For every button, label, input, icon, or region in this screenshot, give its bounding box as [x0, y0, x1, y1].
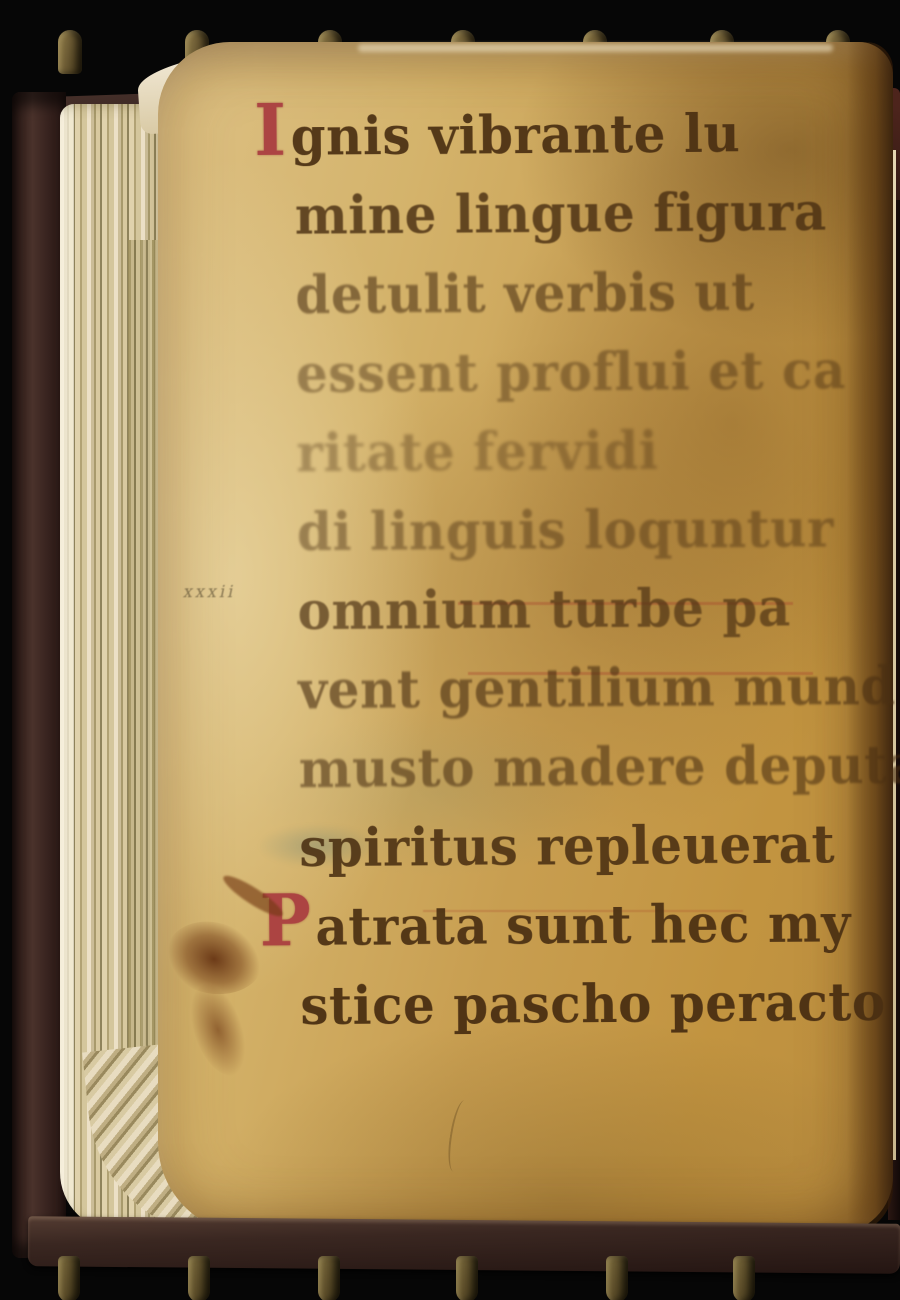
line-text: ritate fervidi [296, 420, 658, 484]
metal-peg-icon [188, 1256, 210, 1300]
line-text: vent gentilium mund [298, 655, 896, 721]
page-top-edge-highlight [358, 44, 833, 52]
manuscript-line: musto madere deputant quos [258, 726, 839, 809]
manuscript-line: di linguis loquntur [257, 489, 838, 572]
line-text: di linguis loquntur [297, 497, 834, 562]
manuscript-line: detulit verbis ut [255, 252, 836, 335]
line-text: mine lingue figura [295, 181, 827, 246]
metal-peg-icon [58, 1256, 80, 1300]
manuscript-line: mine lingue figura [255, 173, 836, 256]
line-text: omnium turbe pa [297, 577, 791, 642]
line-text: spiritus repleuerat [299, 814, 835, 879]
line-text: musto madere deputant quos [298, 733, 900, 800]
parchment-page: xxxii Ignis vibrante lumine lingue figur… [158, 42, 893, 1234]
leather-cover-left-edge [12, 92, 66, 1258]
marginal-folio-note: xxxii [182, 582, 238, 601]
rubricated-initial: I [254, 100, 287, 163]
manuscript-line: stice pascho peracto [260, 963, 841, 1046]
manuscript-line: Ignis vibrante lu [254, 94, 835, 177]
ink-stain-tail [180, 977, 255, 1083]
metal-peg-icon [318, 1256, 340, 1300]
manuscript-line: spiritus repleuerat [259, 805, 840, 888]
metal-peg-icon [58, 30, 82, 74]
line-text: detulit verbis ut [295, 261, 755, 326]
metal-peg-icon [606, 1256, 628, 1300]
line-text: gnis vibrante lu [290, 103, 740, 167]
manuscript-line: omnium turbe pa [257, 568, 838, 651]
metal-peg-icon [456, 1256, 478, 1300]
text-block: Ignis vibrante lumine lingue figuradetul… [254, 94, 841, 1047]
line-text: essent proflui et ca [296, 339, 846, 404]
line-text: stice pascho peracto [300, 971, 886, 1036]
rubricated-initial: P [260, 890, 312, 953]
manuscript-line: ritate fervidi [256, 410, 837, 493]
metal-peg-icon [733, 1256, 755, 1300]
line-text: atrata sunt hec my [315, 893, 851, 958]
parchment-scratch [444, 1099, 473, 1173]
manuscript-line: essent proflui et ca [256, 331, 837, 414]
manuscript-line: vent gentilium mund [258, 647, 839, 730]
ink-stain [154, 904, 274, 1014]
gutter-shadow [847, 42, 893, 1234]
manuscript-line: Patrata sunt hec my [260, 884, 841, 967]
manuscript-photo: xxxii Ignis vibrante lumine lingue figur… [0, 0, 900, 1300]
